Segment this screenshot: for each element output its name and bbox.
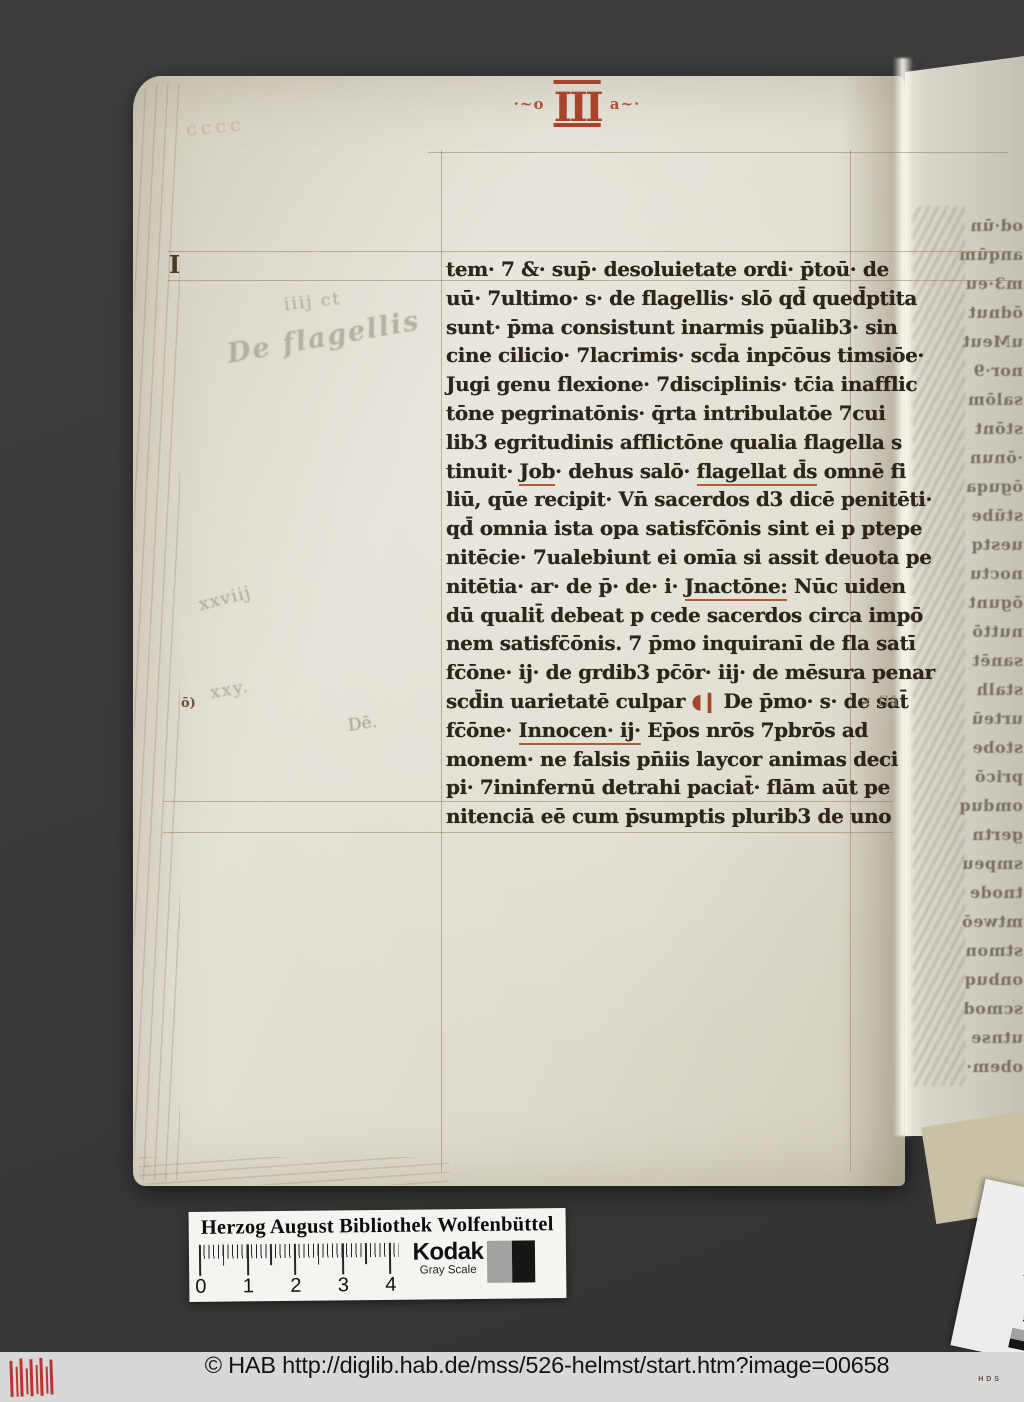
ghost-text-line: scmod (957, 999, 1023, 1028)
gray-swatch (487, 1241, 512, 1283)
text-line: monem· ne falsis pn̄iis laycor animas de… (446, 747, 862, 776)
ghost-text-line: onbuq (957, 970, 1023, 999)
text-line: tōne pegrinatōnis· q̄rta intribulatōe 7c… (446, 401, 862, 430)
kodak-label: Kodak Gray Scale (405, 1240, 491, 1278)
text-block: tem· 7 &· sup̄· desoluietate ordi· p̄toū… (446, 257, 862, 833)
text-line: liū, qūe recipit· Vn̄ sacerdos d3 dicē p… (446, 487, 862, 516)
ghost-text-line: ōdnut (957, 303, 1023, 332)
ghost-text-line: utnse (957, 1028, 1023, 1057)
text-line: fc̄ōne· ij· de grdib3 pc̄ōr· iij· de mēs… (446, 660, 862, 689)
scale-card-title: Herzog August Bibliothek Wolfenbüttel (189, 1213, 566, 1240)
ghost-text-line: smpeu (957, 854, 1023, 883)
ruler-half-tick (365, 1243, 367, 1264)
facing-page-through-tissue: od·ūnanqūmm3·euōdnutuMeutnor·9salōmstōnt… (905, 56, 1024, 1136)
text-line: nitētia· ar· de p̄· de· i· Jnactōne: Nūc… (446, 574, 862, 603)
ghost-text-line: urteū (957, 709, 1023, 738)
rotated-card-patch (1008, 1328, 1024, 1351)
text-line: sunt· p̄ma consistunt inarmis pūalib3· s… (446, 315, 862, 344)
ghost-text-line: m3·eu (957, 274, 1023, 303)
ghost-text-line: ·ōnun (957, 448, 1023, 477)
ghost-text-line: stmon (957, 941, 1023, 970)
rotated-card-brand: Kodak (1020, 1288, 1024, 1323)
ghost-text-line: uMeut (957, 332, 1023, 361)
black-swatch (512, 1240, 535, 1282)
text-line: lib3 egritudinis afflictōne qualia flage… (446, 430, 862, 459)
ghost-text-line: ōguqa (957, 477, 1023, 506)
ghost-text-line: stōnt (957, 419, 1023, 448)
ruler-number: 2 (290, 1275, 301, 1298)
ghost-text-line: stobe (957, 738, 1023, 767)
text-line: tinuit· Job· dehus salō· flagellat d̄s o… (446, 459, 862, 488)
ruling-line-header-1 (168, 251, 1014, 252)
text-line: uū· 7ultimo· s· de flagellis· slō qd̄ qu… (446, 286, 862, 315)
ruler-ticks (199, 1243, 405, 1277)
folio-number: III (554, 88, 601, 128)
page-edge-stack-bottom (139, 1157, 449, 1185)
grayscale-patch (487, 1240, 535, 1283)
ruling-line-top (428, 152, 1008, 153)
text-line: cine cilicio· 7lacrimis· scd̄a inpc̄ōus … (446, 343, 862, 372)
ghost-text-line: omduq (957, 796, 1023, 825)
ruler-major-tick (199, 1245, 201, 1276)
ghost-text-line: stalh (957, 680, 1023, 709)
text-line: dū qualit̄ debeat p cede sacerdos circa … (446, 603, 862, 632)
photo-background: od·ūnanqūmm3·euōdnutuMeutnor·9salōmstōnt… (0, 0, 1024, 1402)
ruler-major-tick (294, 1244, 296, 1275)
ghost-text-line: gertn (957, 825, 1023, 854)
ruler-major-tick (389, 1243, 391, 1274)
ruler-major-tick (246, 1244, 248, 1275)
ghost-text-line: uestq (957, 535, 1023, 564)
ghost-text-line: tnode (957, 883, 1023, 912)
ghost-text-line: sanēt (957, 651, 1023, 680)
margin-right-note: × flā (860, 694, 899, 710)
folio-flourish-left: ·~o (514, 95, 545, 113)
ruler-number: 4 (385, 1274, 396, 1297)
ghost-text-line: od·ūn (957, 216, 1023, 245)
ruling-line-left-vertical (441, 150, 442, 1172)
ghost-text-line: stūbe (957, 506, 1023, 535)
page-edge-stack-left (134, 84, 180, 1180)
text-line: pi· 7ininfernū detrahi paciat̄· flām aūt… (446, 775, 862, 804)
ghost-text-line: pricō (957, 767, 1023, 796)
ghost-text-line: anqūm (957, 245, 1023, 274)
ghost-text-line: mtweō (957, 912, 1023, 941)
ruler-number: 3 (338, 1274, 349, 1297)
ghost-text-line: nuttō (957, 622, 1023, 651)
text-line: nitēcie· 7ualebiunt ei omīa si assit deu… (446, 545, 862, 574)
ghost-text-column: od·ūnanqūmm3·euōdnutuMeutnor·9salōmstōnt… (957, 216, 1023, 1116)
text-line: tem· 7 &· sup̄· desoluietate ordi· p̄toū… (446, 257, 862, 286)
ghost-text-line: noctu (957, 564, 1023, 593)
ghost-text-line: ōgunt (957, 593, 1023, 622)
kodak-brand: Kodak (405, 1240, 491, 1265)
footer-corner-mark: HDS (978, 1376, 1002, 1383)
ruler-numbers: 01234 (199, 1274, 419, 1300)
ghost-text-line: obem· (957, 1057, 1023, 1086)
text-line: fc̄ōne· Innocen· ij· Ep̄os nrōs 7pbrōs a… (446, 718, 862, 747)
margin-de-note: Dē. (347, 712, 379, 736)
ruler-major-tick (341, 1243, 343, 1274)
ghost-text-line: salōm (957, 390, 1023, 419)
text-line: Jugi genu flexione· 7disciplinis· tc̄ia … (446, 372, 862, 401)
copyright-text: © HAB http://diglib.hab.de/mss/526-helms… (0, 1352, 1024, 1402)
text-line: nem satisfc̄ōnis. 7 p̄mo inquiranī de fl… (446, 631, 862, 660)
kodak-sub-label: Gray Scale (405, 1264, 491, 1278)
folio-flourish-right: a~· (610, 95, 641, 113)
ruler-number: 1 (243, 1275, 254, 1298)
folio-number-group: ·~o III a~· (512, 88, 642, 128)
margin-small-mark: ō) (181, 696, 196, 711)
ruler-half-tick (318, 1244, 320, 1265)
text-line: scd̄in uarietatē culpar ◖❙ De p̄mo· s· d… (446, 689, 862, 718)
scale-card: Herzog August Bibliothek Wolfenbüttel 01… (189, 1208, 567, 1302)
text-line: qd̄ omnia ista opa satisfc̄ōnis sint ei … (446, 516, 862, 545)
ruler-number: 0 (195, 1276, 206, 1299)
margin-initial-mark: I (169, 250, 180, 279)
text-line: nitenciā eē cum p̄sumptis plurib3 de uno (446, 804, 862, 833)
ruler-half-tick (223, 1245, 225, 1266)
ghost-text-line: nor·9 (957, 361, 1023, 390)
footer-bar: © HAB http://diglib.hab.de/mss/526-helms… (0, 1352, 1024, 1402)
ruler-half-tick (270, 1244, 272, 1265)
